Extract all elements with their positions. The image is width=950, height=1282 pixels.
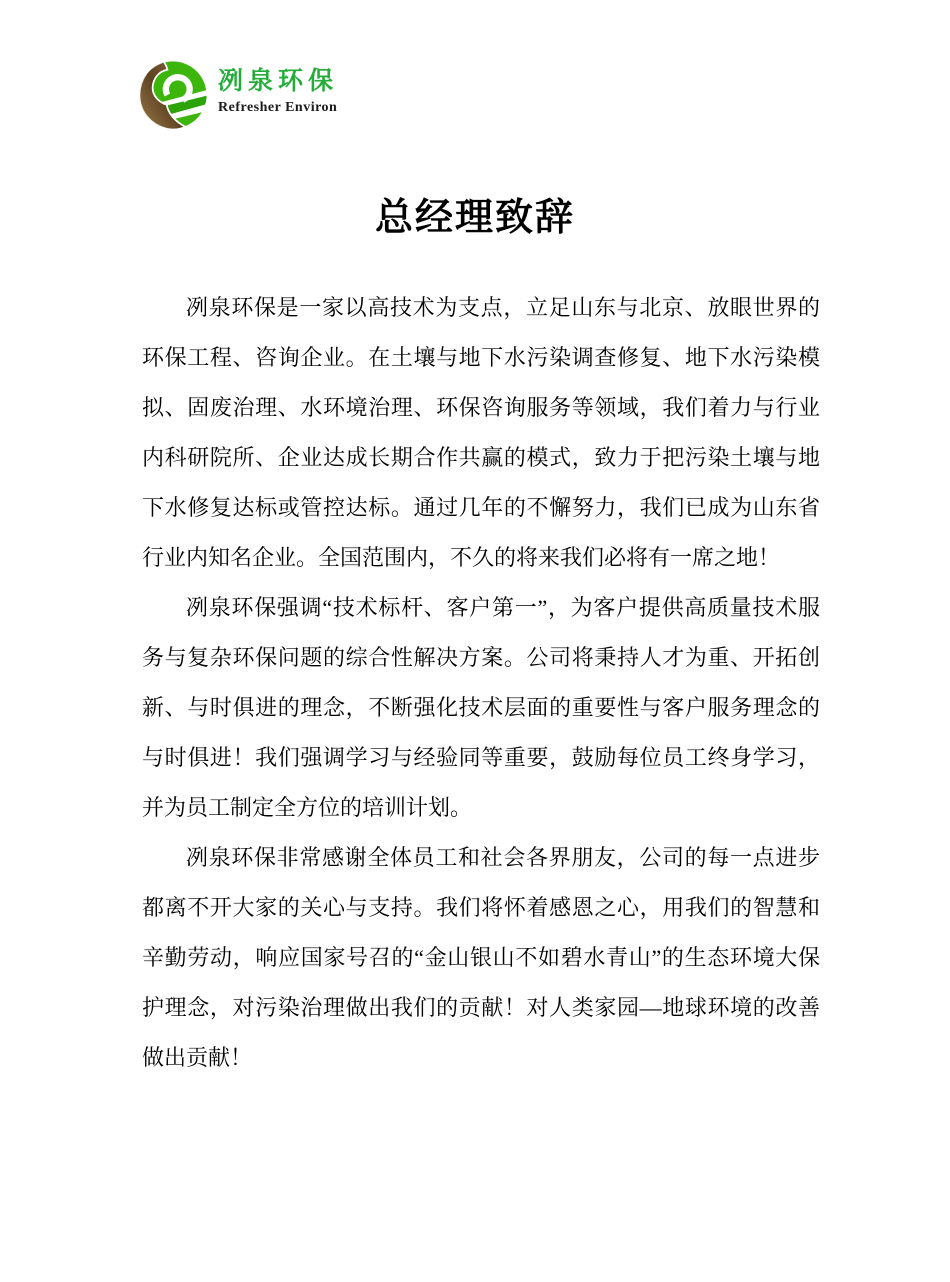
company-logo: 冽泉环保 Refresher Environ bbox=[138, 60, 338, 130]
company-name-en: Refresher Environ bbox=[218, 100, 338, 116]
paragraph-company-intro: 冽泉环保是一家以高技术为支点，立足山东与北京、放眼世界的环保工程、咨询企业。在土… bbox=[142, 283, 820, 583]
page-title: 总经理致辞 bbox=[0, 186, 950, 241]
document-page: 冽泉环保 Refresher Environ 总经理致辞 冽泉环保是一家以高技术… bbox=[0, 0, 950, 1282]
company-name-zh: 冽泉环保 bbox=[218, 68, 338, 96]
paragraph-thanks: 冽泉环保非常感谢全体员工和社会各界朋友，公司的每一点进步都离不开大家的关心与支持… bbox=[142, 833, 820, 1083]
company-logo-icon bbox=[138, 60, 208, 130]
document-body: 冽泉环保是一家以高技术为支点，立足山东与北京、放眼世界的环保工程、咨询企业。在土… bbox=[142, 283, 820, 1083]
paragraph-philosophy: 冽泉环保强调“技术标杆、客户第一”，为客户提供高质量技术服务与复杂环保问题的综合… bbox=[142, 583, 820, 833]
company-logo-text: 冽泉环保 Refresher Environ bbox=[218, 60, 338, 116]
